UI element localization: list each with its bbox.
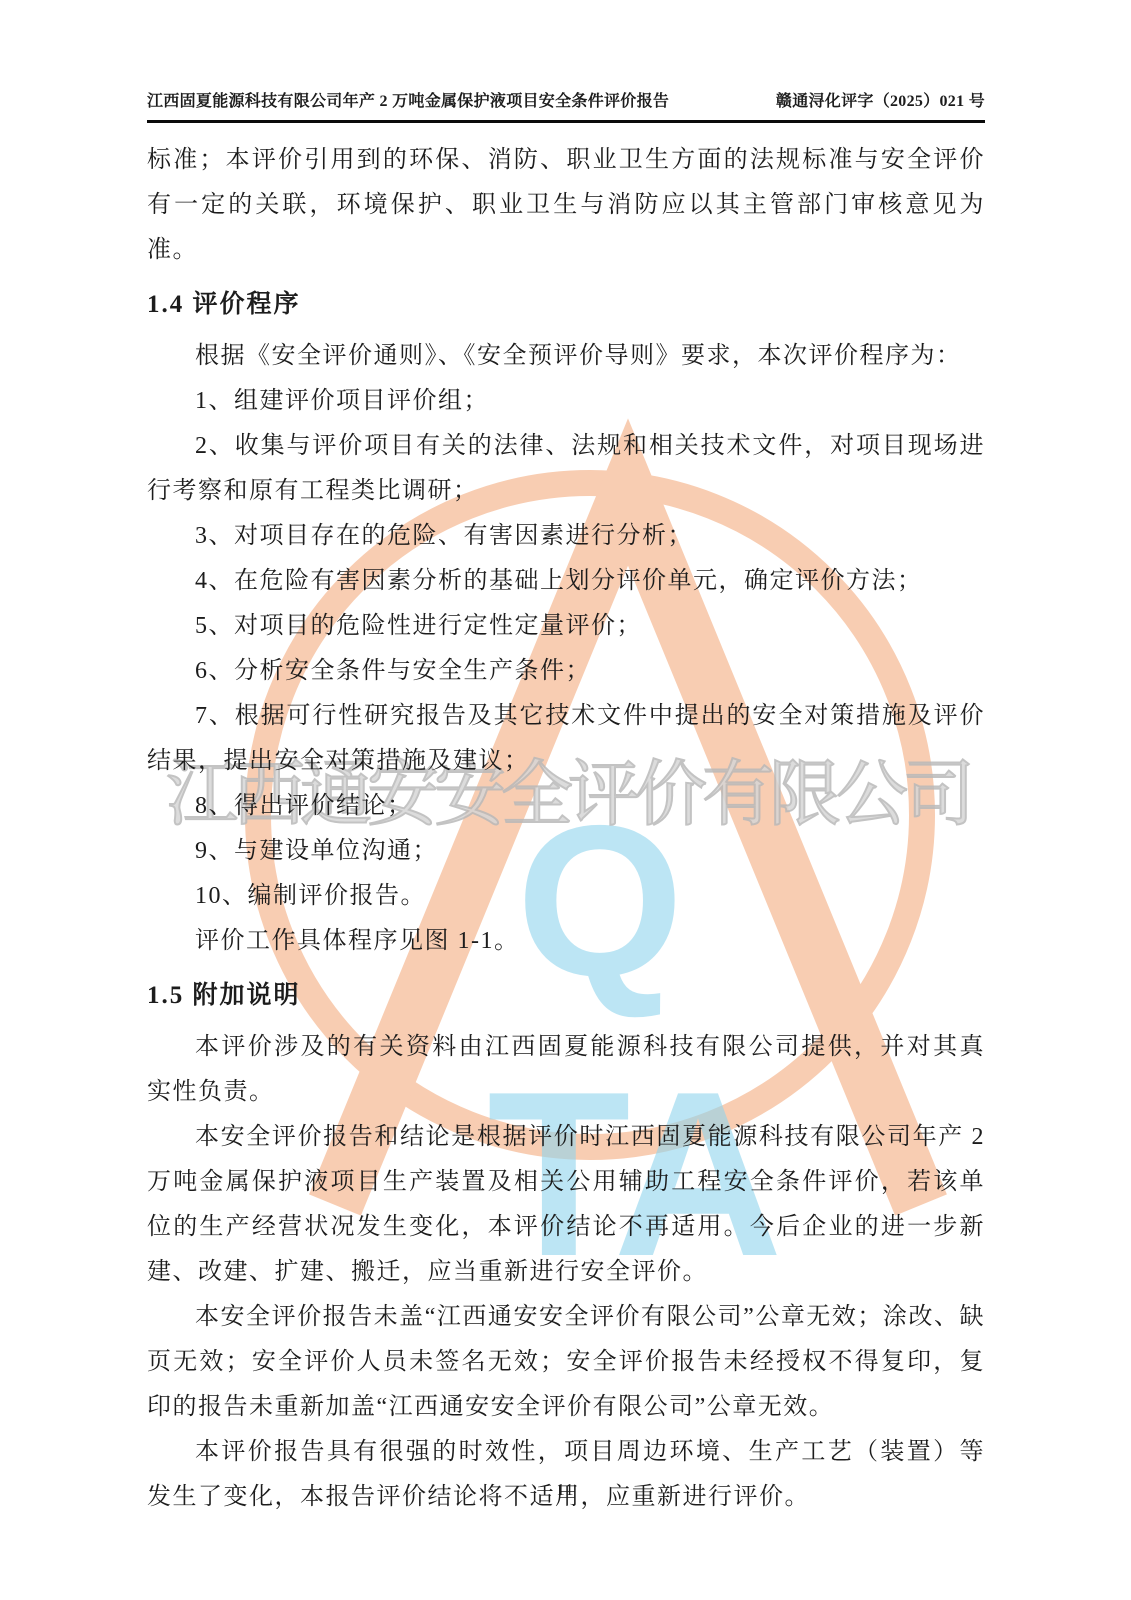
paragraph: 3、对项目存在的危险、有害因素进行分析； <box>147 514 985 559</box>
paragraph: 根据《安全评价通则》、《安全预评价导则》要求，本次评价程序为： <box>147 334 985 379</box>
paragraph: 4、在危险有害因素分析的基础上划分评价单元，确定评价方法； <box>147 559 985 604</box>
paragraph: 7、根据可行性研究报告及其它技术文件中提出的安全对策措施及评价结果，提出安全对策… <box>147 694 985 784</box>
paragraph: 1、组建评价项目评价组； <box>147 379 985 424</box>
paragraph: 标准；本评价引用到的环保、消防、职业卫生方面的法规标准与安全评价有一定的关联，环… <box>147 138 985 273</box>
paragraph: 本评价报告具有很强的时效性，项目周边环境、生产工艺（装置）等发生了变化，本报告评… <box>147 1430 985 1520</box>
page-number: 11 <box>0 1480 1131 1500</box>
paragraph: 本评价涉及的有关资料由江西固夏能源科技有限公司提供，并对其真实性负责。 <box>147 1025 985 1115</box>
paragraph: 9、与建设单位沟通； <box>147 829 985 874</box>
header-document-number: 赣通浔化评字（2025）021 号 <box>776 88 985 111</box>
paragraph: 8、得出评价结论； <box>147 784 985 829</box>
report-page: Q TA 江西通安安全评价有限公司 江西固夏能源科技有限公司年产 2 万吨金属保… <box>0 0 1131 1600</box>
section-heading: 1.4 评价程序 <box>147 281 985 329</box>
paragraph: 6、分析安全条件与安全生产条件； <box>147 649 985 694</box>
paragraph: 2、收集与评价项目有关的法律、法规和相关技术文件，对项目现场进行考察和原有工程类… <box>147 424 985 514</box>
paragraph: 10、编制评价报告。 <box>147 874 985 919</box>
paragraph: 本安全评价报告和结论是根据评价时江西固夏能源科技有限公司年产 2 万吨金属保护液… <box>147 1115 985 1295</box>
paragraph: 评价工作具体程序见图 1-1。 <box>147 919 985 964</box>
content-layer: 江西固夏能源科技有限公司年产 2 万吨金属保护液项目安全条件评价报告 赣通浔化评… <box>0 0 1131 1600</box>
header-report-title: 江西固夏能源科技有限公司年产 2 万吨金属保护液项目安全条件评价报告 <box>147 88 669 111</box>
paragraph: 本安全评价报告未盖“江西通安安全评价有限公司”公章无效；涂改、缺页无效；安全评价… <box>147 1295 985 1430</box>
page-header: 江西固夏能源科技有限公司年产 2 万吨金属保护液项目安全条件评价报告 赣通浔化评… <box>147 88 985 123</box>
paragraph: 5、对项目的危险性进行定性定量评价； <box>147 604 985 649</box>
document-body: 标准；本评价引用到的环保、消防、职业卫生方面的法规标准与安全评价有一定的关联，环… <box>147 138 985 1520</box>
section-heading: 1.5 附加说明 <box>147 972 985 1020</box>
